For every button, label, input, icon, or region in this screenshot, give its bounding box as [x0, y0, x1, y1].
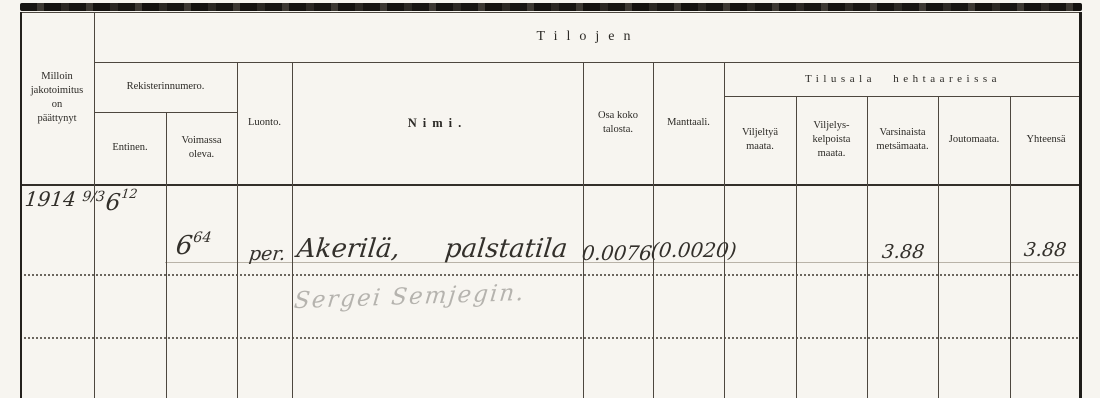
- page-top-edge: [20, 3, 1082, 11]
- header-mantal-label: Manttaali.: [667, 116, 710, 130]
- entry-share: 0.0076: [581, 241, 654, 265]
- header-register-current-label: Voimassa oleva.: [181, 134, 221, 162]
- header-register-former-label: Entinen.: [112, 141, 147, 155]
- header-share: Osa koko talosta.: [583, 62, 653, 184]
- header-mantal: Manttaali.: [653, 62, 724, 184]
- entry-register-current: 664: [174, 230, 212, 261]
- header-register-former: Entinen.: [94, 112, 166, 184]
- header-area-group-label: Tilusala hehtaareissa: [805, 72, 1001, 87]
- header-name: Nimi.: [292, 62, 583, 184]
- entry-forest-ha-text: 3.88: [881, 241, 926, 263]
- entry-nature: per.: [248, 243, 287, 265]
- header-register-group: Rekisterinnumero.: [94, 62, 237, 112]
- header-area-cultivable: Viljelys- kelpoista maata.: [796, 96, 867, 184]
- table-top-border: [20, 12, 1082, 13]
- entry-register-former-base: 6: [104, 190, 121, 216]
- header-area-cultivated-label: Viljeltyä maata.: [742, 126, 778, 154]
- header-tilojen-label: Tilojen: [537, 28, 640, 47]
- entry-register-former-sup: 12: [121, 186, 139, 201]
- header-area-forest-label: Varsinaista metsämaata.: [876, 126, 928, 154]
- entry-name-type: palstatila: [443, 234, 568, 264]
- header-share-label: Osa koko talosta.: [598, 109, 638, 137]
- entry-total-ha-text: 3.88: [1023, 239, 1068, 261]
- row-separator-dotted-2: [20, 337, 1082, 339]
- entry-mantal-text: (0.0020): [650, 238, 738, 262]
- entry-name-main-text: Akerilä,: [295, 234, 401, 264]
- entry-completed-year: 1914: [24, 187, 77, 211]
- header-nature-label: Luonto.: [248, 116, 281, 130]
- header-area-total: Yhteensä: [1010, 96, 1082, 184]
- entry-total-ha: 3.88: [1023, 239, 1068, 261]
- header-area-cultivable-label: Viljelys- kelpoista maata.: [813, 119, 851, 162]
- scanned-register-page: Milloin jakotoimitus on päättynyt Tiloje…: [0, 0, 1100, 398]
- header-register-group-label: Rekisterinnumero.: [127, 80, 205, 94]
- header-nature: Luonto.: [237, 62, 292, 184]
- header-tilojen: Tilojen: [94, 14, 1082, 60]
- entry-completed-date: 1914 9/3: [24, 187, 106, 211]
- header-when: Milloin jakotoimitus on päättynyt: [21, 12, 93, 184]
- header-area-waste: Joutomaata.: [938, 96, 1010, 184]
- entry-register-former: 612: [104, 186, 138, 216]
- header-area-forest: Varsinaista metsämaata.: [867, 96, 938, 184]
- entry-pencil-note: Sergei Semjegin.: [293, 280, 527, 314]
- row-separator-dotted-1: [20, 274, 1082, 276]
- entry-mantal: (0.0020): [650, 238, 738, 262]
- rule-under-header: [20, 184, 1082, 186]
- entry-register-current-base: 6: [174, 231, 194, 261]
- header-area-waste-label: Joutomaata.: [949, 133, 999, 147]
- header-when-label: Milloin jakotoimitus on päättynyt: [31, 70, 84, 127]
- entry-name-type-text: palstatila: [443, 234, 568, 264]
- entry-nature-text: per.: [248, 243, 287, 265]
- entry-forest-ha: 3.88: [881, 241, 926, 263]
- entry-register-current-sup: 64: [192, 230, 212, 246]
- header-area-cultivated: Viljeltyä maata.: [724, 96, 796, 184]
- header-register-current: Voimassa oleva.: [166, 112, 237, 184]
- entry-name-main: Akerilä,: [295, 234, 401, 264]
- header-name-label: Nimi.: [408, 115, 468, 132]
- entry-pencil-note-text: Sergei Semjegin.: [293, 280, 527, 314]
- header-area-total-label: Yhteensä: [1026, 133, 1065, 147]
- entry-share-text: 0.0076: [581, 241, 654, 265]
- header-area-group: Tilusala hehtaareissa: [724, 62, 1082, 96]
- entry-completed-frac: 9/3: [82, 189, 106, 205]
